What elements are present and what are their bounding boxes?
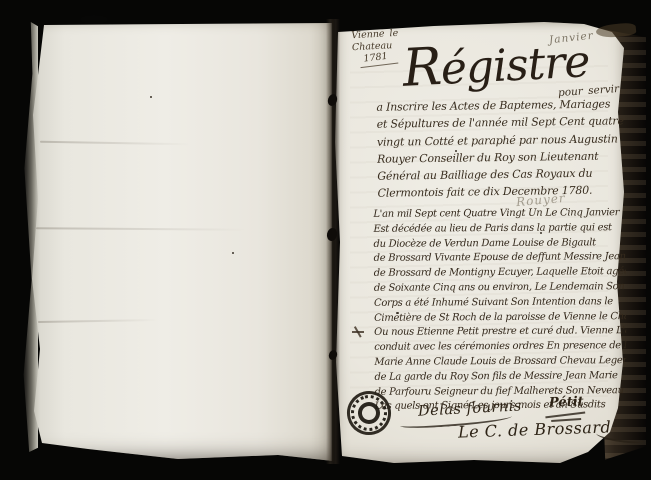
- left-blank-page: [28, 19, 333, 461]
- act-line: L'an mil Sept cent Quatre Vingt Un Le Ci…: [373, 206, 625, 223]
- act-line: Est décédée au lieu de Paris dans la par…: [373, 221, 625, 238]
- header-line: Clermontois fait ce dix Decembre 1780.: [377, 182, 627, 203]
- ink-speck: [150, 96, 152, 98]
- act-line: Marie Anne Claude Louis de Brossard Chev…: [374, 354, 626, 371]
- burial-act-paragraph: L'an mil Sept cent Quatre Vingt Un Le Ci…: [373, 206, 626, 415]
- register-header-paragraph: a Inscrire les Actes de Baptemes, Mariag…: [376, 95, 627, 202]
- act-line: Corps a été Inhumé Suivant Son Intention…: [374, 295, 626, 312]
- ink-speck: [232, 252, 234, 254]
- page-top-notch: [80, 15, 108, 24]
- act-line: de Soixante Cinq ans ou environ, Le Lend…: [374, 280, 626, 297]
- act-line: de La garde du Roy Son fils de Messire J…: [374, 369, 626, 386]
- marginal-insertion-mark: [352, 331, 366, 339]
- act-line: conduit avec les cérémonies ordres En pr…: [374, 339, 626, 356]
- register-scan-photo: Vienne le Chateau 1781 Janvier Régistre …: [0, 0, 651, 480]
